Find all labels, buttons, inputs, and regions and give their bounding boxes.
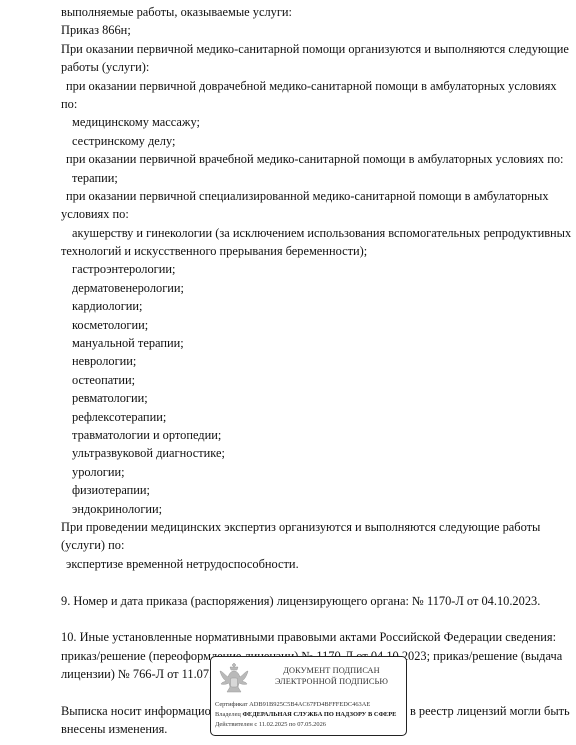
document-line: физиотерапии; [61,481,551,499]
stamp-title: ДОКУМЕНТ ПОДПИСАН ЭЛЕКТРОННОЙ ПОДПИСЬЮ [259,666,404,687]
owner-row: Владелец ФЕДЕРАЛЬНАЯ СЛУЖБА ПО НАДЗОРУ В… [215,710,405,719]
russian-coat-of-arms-icon [218,661,250,697]
document-line: При проведении медицинских экспертиз орг… [61,518,551,536]
document-line: (услуги) по: [61,536,551,554]
document-line: экспертизе временной нетрудоспособности. [61,555,551,573]
certificate-row: Сертификат ADB91B925C5B4AC67FD4BFFFEDC46… [215,700,405,709]
owner-value: ФЕДЕРАЛЬНАЯ СЛУЖБА ПО НАДЗОРУ В СФЕРЕ [242,711,396,718]
document-line: Приказ 866н; [61,21,551,39]
electronic-signature-stamp: ДОКУМЕНТ ПОДПИСАН ЭЛЕКТРОННОЙ ПОДПИСЬЮ С… [210,656,407,736]
document-line: сестринскому делу; [61,132,551,150]
document-line: ревматологии; [61,389,551,407]
document-body: выполняемые работы, оказываемые услуги:П… [61,3,551,739]
document-line: при оказании первичной доврачебной медик… [61,77,551,95]
document-line: гастроэнтерологии; [61,260,551,278]
document-line: медицинскому массажу; [61,113,551,131]
document-line: При оказании первичной медико-санитарной… [61,40,551,58]
document-line: кардиологии; [61,297,551,315]
stamp-title-line1: ДОКУМЕНТ ПОДПИСАН [259,666,404,677]
document-line: условиях по: [61,205,551,223]
document-line: рефлексотерапии; [61,408,551,426]
document-line: травматологии и ортопедии; [61,426,551,444]
document-line: ультразвуковой диагностике; [61,444,551,462]
certificate-label: Сертификат [215,701,248,708]
document-line: косметологии; [61,316,551,334]
validity-row: Действителен с 11.02.2025 по 07.05.2026 [215,720,405,729]
document-line: акушерству и гинекологии (за исключением… [61,224,551,242]
document-line: неврологии; [61,352,551,370]
document-line: 9. Номер и дата приказа (распоряжения) л… [61,592,551,610]
document-line: терапии; [61,169,551,187]
document-line: при оказании первичной врачебной медико-… [61,150,551,168]
document-line: технологий и искусственного прерывания б… [61,242,551,260]
document-line: работы (услуги): [61,58,551,76]
document-line: остеопатии; [61,371,551,389]
document-line: мануальной терапии; [61,334,551,352]
document-line: при оказании первичной специализированно… [61,187,551,205]
document-line: дерматовенерологии; [61,279,551,297]
document-line: урологии; [61,463,551,481]
blank-line [61,573,551,591]
certificate-value: ADB91B925C5B4AC67FD4BFFFEDC463AE [249,701,370,708]
blank-line [61,610,551,628]
document-line: выполняемые работы, оказываемые услуги: [61,3,551,21]
stamp-title-line2: ЭЛЕКТРОННОЙ ПОДПИСЬЮ [259,677,404,688]
document-line: эндокринологии; [61,500,551,518]
document-line: по: [61,95,551,113]
owner-label: Владелец [215,711,241,718]
document-line: 10. Иные установленные нормативными прав… [61,628,551,646]
